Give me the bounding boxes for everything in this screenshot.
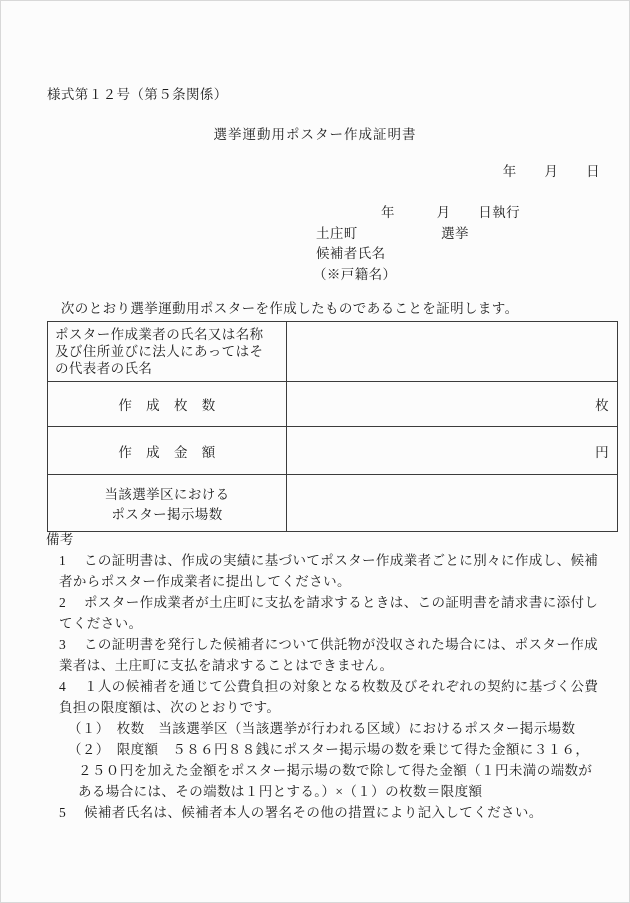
remark-item-5: 5候補者氏名は、候補者本人の署名その他の措置により記入してください。: [59, 802, 599, 823]
poster-count-label-cell: 作 成 枚 数: [48, 382, 287, 427]
display-sites-label-line: ポスター掲示場数: [48, 503, 286, 523]
remark-item-1: 1この証明書は、作成の実績に基づいてポスター作成業者ごとに別々に作成し、候補者か…: [59, 550, 599, 592]
table-row-display-sites: 当該選挙区における ポスター掲示場数: [48, 475, 618, 532]
family-register-name-note: （※戸籍名）: [313, 263, 396, 283]
remark-number: 2: [59, 592, 84, 613]
candidate-name-label: 候補者氏名: [316, 242, 386, 262]
remark-item-4-sub-1: （１）枚数 当該選挙区（当該選挙が行われる区域）におけるポスター掲示場数: [78, 718, 599, 739]
amount-label-cell: 作 成 金 額: [48, 427, 287, 475]
document-page: 様式第１２号（第５条関係） 選挙運動用ポスター作成証明書 年 月 日 年 月 日…: [0, 0, 630, 903]
remark-number: 4: [59, 676, 84, 697]
table-row-maker-name: ポスター作成業者の氏名又は名称 及び住所並びに法人にあってはそ の代表者の氏名: [48, 322, 618, 382]
election-execution-date-line: 年 月 日執行: [381, 201, 520, 221]
remark-number: 3: [59, 634, 84, 655]
maker-name-value-cell: [287, 322, 618, 382]
maker-name-label-cell: ポスター作成業者の氏名又は名称 及び住所並びに法人にあってはそ の代表者の氏名: [48, 322, 287, 382]
certificate-table: ポスター作成業者の氏名又は名称 及び住所並びに法人にあってはそ の代表者の氏名 …: [47, 321, 618, 532]
display-sites-value-cell: [287, 475, 618, 532]
remark-text: 候補者氏名は、候補者本人の署名その他の措置により記入してください。: [84, 805, 543, 820]
table-row-number-of-posters: 作 成 枚 数 枚: [48, 382, 618, 427]
certificate-date-line: 年 月 日: [503, 160, 600, 180]
maker-name-label-line: ポスター作成業者の氏名又は名称: [55, 326, 279, 343]
display-sites-label-line: 当該選挙区における: [48, 483, 286, 503]
sub-remark-number: （１）: [68, 721, 110, 736]
form-number: 様式第１２号（第５条関係）: [47, 83, 228, 103]
sub-remark-number: （２）: [68, 742, 110, 757]
table-row-amount: 作 成 金 額 円: [48, 427, 618, 475]
maker-name-label-line: 及び住所並びに法人にあってはそ: [55, 343, 279, 360]
remark-number: 5: [59, 802, 84, 823]
remark-text: この証明書を発行した候補者について供託物が没収された場合には、ポスター作成業者は…: [59, 637, 598, 673]
remark-item-4: 4１人の候補者を通じて公費負担の対象となる枚数及びそれぞれの契約に基づく公費負担…: [59, 676, 599, 718]
sub-remark-text: 枚数 当該選挙区（当該選挙が行われる区域）におけるポスター掲示場数: [117, 721, 576, 736]
remarks-heading: 備考: [46, 529, 602, 550]
remark-text: １人の候補者を通じて公費負担の対象となる枚数及びそれぞれの契約に基づく公費負担の…: [59, 679, 598, 715]
remark-item-4-sub-2: （２）限度額 ５８６円８８銭にポスター掲示場の数を乗じて得た金額に３１６，２５０…: [78, 739, 599, 802]
remark-number: 1: [59, 550, 84, 571]
remark-text: この証明書は、作成の実績に基づいてポスター作成業者ごとに別々に作成し、候補者から…: [59, 553, 598, 589]
remark-text: ポスター作成業者が土庄町に支払を請求するときは、この証明書を請求書に添付してくだ…: [59, 595, 598, 631]
certification-statement: 次のとおり選挙運動用ポスターを作成したものであることを証明します。: [47, 297, 607, 317]
amount-unit-cell: 円: [287, 427, 618, 475]
poster-count-unit-cell: 枚: [287, 382, 618, 427]
remark-item-2: 2ポスター作成業者が土庄町に支払を請求するときは、この証明書を請求書に添付してく…: [59, 592, 599, 634]
maker-name-label-line: の代表者の氏名: [55, 360, 279, 377]
display-sites-label-cell: 当該選挙区における ポスター掲示場数: [48, 475, 287, 532]
remarks-section: 備考 1この証明書は、作成の実績に基づいてポスター作成業者ごとに別々に作成し、候…: [46, 529, 602, 823]
sub-remark-text: 限度額 ５８６円８８銭にポスター掲示場の数を乗じて得た金額に３１６，２５０円を加…: [78, 742, 592, 799]
document-title: 選挙運動用ポスター作成証明書: [1, 123, 629, 143]
remark-item-3: 3この証明書を発行した候補者について供託物が没収された場合には、ポスター作成業者…: [59, 634, 599, 676]
municipality-election-line: 土庄町 選挙: [316, 222, 469, 242]
